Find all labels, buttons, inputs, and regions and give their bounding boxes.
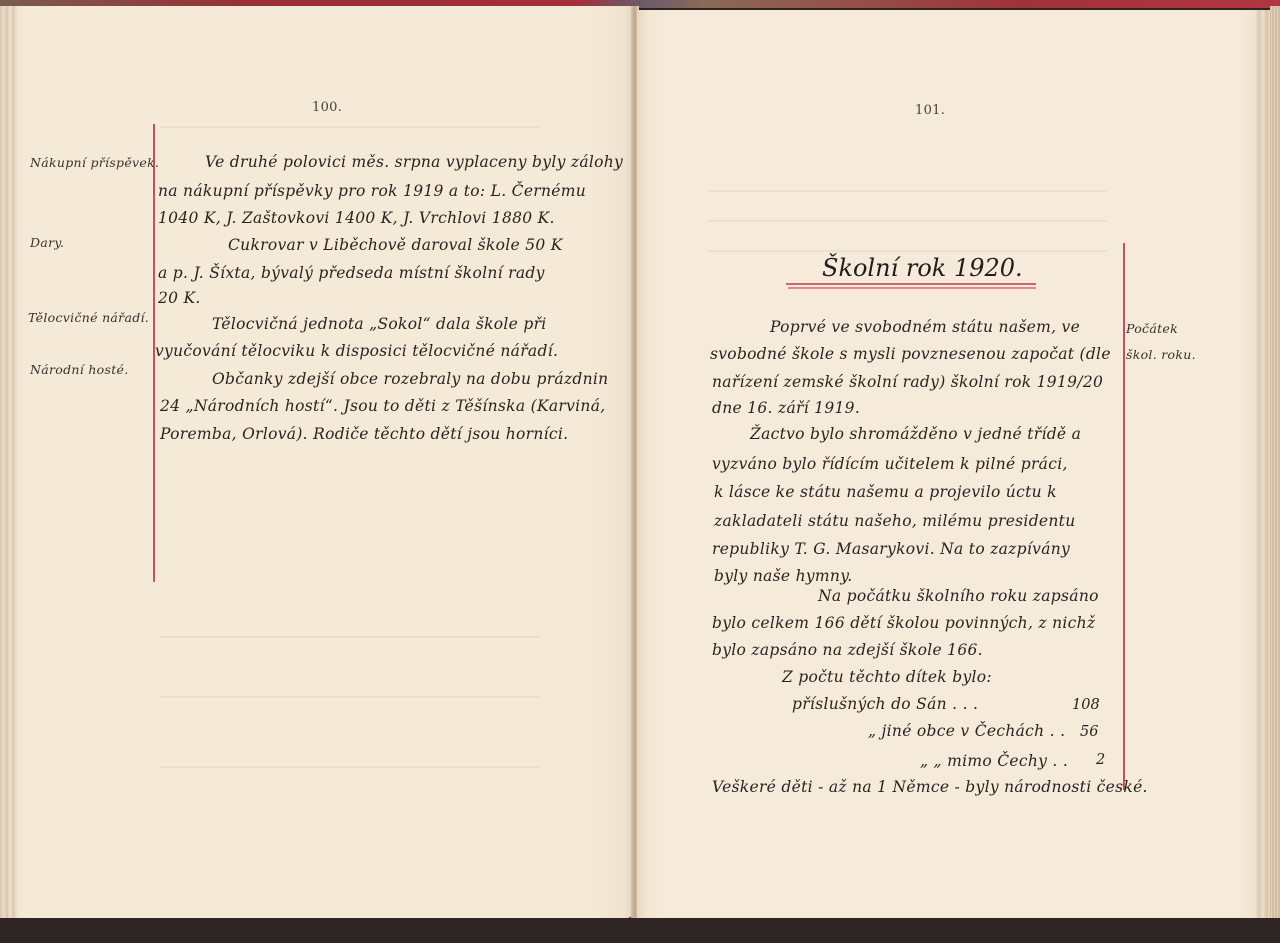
text-line: Tělocvičná jednota „Sokol“ dala škole př… (212, 315, 547, 333)
text-line: 20 K. (158, 289, 201, 307)
text-line: k lásce ke státu našemu a projevilo úctu… (714, 483, 1057, 501)
text-line: vyzváno bylo řídícím učitelem k pilné pr… (712, 455, 1068, 473)
bleed-through (160, 696, 540, 698)
margin-note-national-guests: Národní hosté. (30, 362, 129, 377)
margin-note-gym-equipment: Tělocvičné nářadí. (28, 310, 149, 325)
page-number-left: 100. (312, 100, 342, 115)
bleed-through (160, 636, 540, 638)
text-line: bylo celkem 166 dětí školou povinných, z… (712, 614, 1095, 632)
text-line: byly naše hymny. (714, 567, 852, 585)
bleed-through (160, 126, 540, 128)
enrollment-label: „ „ mimo Čechy . . (920, 752, 1068, 770)
text-line: a p. J. Šíxta, bývalý předseda místní šk… (158, 264, 545, 282)
text-line: bylo zapsáno na zdejší škole 166. (712, 641, 983, 659)
margin-note-school-year-start: Počátek (1126, 321, 1178, 336)
text-line: zakladateli státu našeho, milému preside… (714, 512, 1075, 530)
text-line: Ve druhé polovici měs. srpna vyplaceny b… (205, 153, 623, 171)
left-page (0, 6, 633, 918)
text-line: Na počátku školního roku zapsáno (818, 587, 1099, 605)
margin-note-gifts: Dary. (30, 235, 64, 250)
text-line: Z počtu těchto dítek bylo: (782, 668, 992, 686)
margin-note-purchase-contribution: Nákupní příspěvek. (30, 155, 159, 170)
text-line: 1040 K, J. Zaštovkovi 1400 K, J. Vrchlov… (158, 209, 555, 227)
text-line: Občanky zdejší obce rozebraly na dobu pr… (212, 370, 608, 388)
text-line: Poremba, Orlová). Rodiče těchto dětí jso… (160, 425, 568, 443)
enrollment-label: příslušných do Sán . . . (792, 695, 978, 713)
title-underline (786, 283, 1036, 285)
title-underline (788, 287, 1036, 289)
page-number-right: 101. (915, 103, 945, 118)
book-fore-edge (1270, 6, 1280, 918)
text-line: svobodné škole s mysli povznesenou započ… (710, 345, 1111, 363)
text-line: Poprvé ve svobodném státu našem, ve (770, 318, 1080, 336)
section-title: Školní rok 1920. (822, 254, 1023, 282)
enrollment-label: „ jiné obce v Čechách . . (868, 722, 1065, 740)
text-line: 24 „Národních hostí“. Jsou to děti z Těš… (160, 397, 605, 415)
bleed-through (707, 190, 1107, 192)
text-line: nařízení zemské školní rady) školní rok … (712, 373, 1103, 391)
table-surface (0, 918, 1280, 943)
enrollment-value: 56 (1080, 724, 1098, 740)
enrollment-value: 108 (1072, 697, 1100, 713)
closing-line: Veškeré děti - až na 1 Němce - byly náro… (712, 778, 1148, 796)
text-line: na nákupní příspěvky pro rok 1919 a to: … (158, 182, 586, 200)
text-line: Žactvo bylo shromážděno v jedné třídě a (750, 425, 1081, 443)
text-line: dne 16. září 1919. (712, 399, 860, 417)
text-line: republiky T. G. Masarykovi. Na to zazpív… (712, 540, 1070, 558)
enrollment-value: 2 (1096, 752, 1105, 768)
margin-note-school-year-start: škol. roku. (1126, 347, 1196, 362)
text-line: vyučování tělocviku k disposici tělocvič… (155, 342, 558, 360)
text-line: Cukrovar v Liběchově daroval škole 50 K (228, 236, 563, 254)
margin-rule-right (1123, 243, 1125, 790)
bleed-through (707, 220, 1107, 222)
bleed-through (707, 250, 1107, 252)
bleed-through (160, 766, 540, 768)
